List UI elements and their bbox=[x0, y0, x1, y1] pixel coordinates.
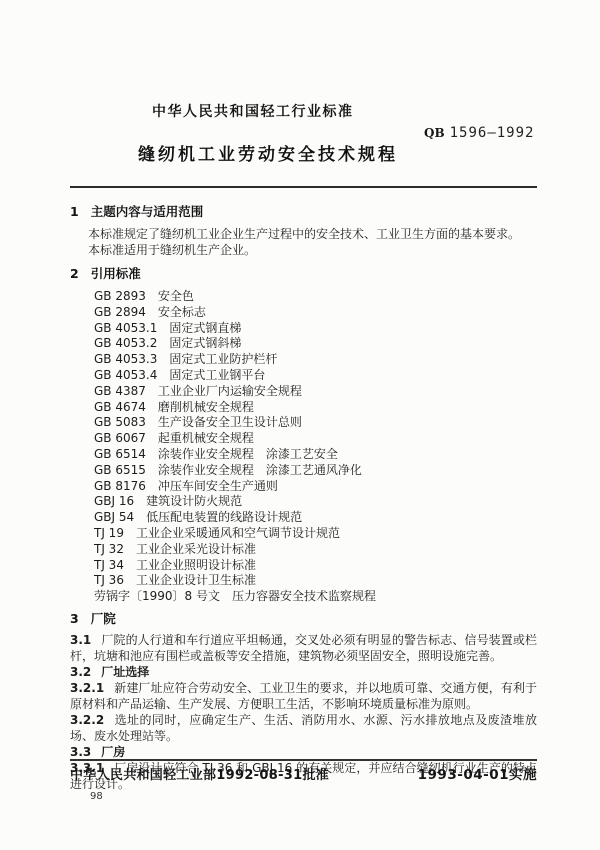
clause-number: 3.2 bbox=[70, 665, 91, 679]
reference-title: 固定式钢斜梯 bbox=[169, 336, 241, 350]
standard-code-number: 1596—1992 bbox=[450, 125, 535, 141]
header-divider bbox=[70, 186, 537, 188]
reference-item: GB 4053.3固定式工业防护栏杆 bbox=[94, 352, 537, 368]
reference-title: 生产设备安全卫生设计总则 bbox=[158, 415, 302, 429]
standard-code-prefix: QB bbox=[424, 126, 445, 140]
reference-item: GBJ 16建筑设计防火规范 bbox=[94, 494, 537, 510]
clause-text: 厂房 bbox=[101, 745, 125, 759]
reference-title: 工业企业采光设计标准 bbox=[136, 542, 256, 556]
reference-code: 劳锅字〔1990〕8 号文 bbox=[94, 589, 220, 605]
reference-code: GB 2893 bbox=[94, 289, 146, 305]
reference-code: TJ 19 bbox=[94, 526, 124, 542]
clause-text: 选址的同时，应确定生产、生活、消防用水、水源、污水排放地点及废渣堆放场、废水处理… bbox=[70, 713, 537, 743]
document-body: 1主题内容与适用范围 本标准规定了缝纫机工业企业生产过程中的安全技术、工业卫生方… bbox=[70, 196, 537, 792]
reference-code: GBJ 54 bbox=[94, 510, 134, 526]
standard-code: QB1596—1992 bbox=[424, 122, 534, 141]
clause-number: 3.1 bbox=[70, 633, 91, 647]
reference-item: GBJ 54低压配电装置的线路设计规范 bbox=[94, 510, 537, 526]
clause-number: 3.3 bbox=[70, 745, 91, 759]
reference-code: GB 4674 bbox=[94, 400, 146, 416]
clause-item: 3.1厂院的人行道和车行道应平坦畅通，交叉处必须有明显的警告标志、信号装置或栏杆… bbox=[70, 632, 537, 664]
reference-item: GB 4053.1固定式钢直梯 bbox=[94, 321, 537, 337]
reference-code: GBJ 16 bbox=[94, 494, 134, 510]
reference-item: TJ 32工业企业采光设计标准 bbox=[94, 542, 537, 558]
section-1-paragraphs: 本标准规定了缝纫机工业企业生产过程中的安全技术、工业卫生方面的基本要求。 本标准… bbox=[70, 226, 537, 258]
reference-item: GB 6514涂装作业安全规程 涂漆工艺安全 bbox=[94, 447, 537, 463]
clause-subheading: 3.3厂房 bbox=[70, 744, 537, 760]
reference-code: TJ 36 bbox=[94, 573, 124, 589]
reference-title: 涂装作业安全规程 涂漆工艺通风净化 bbox=[158, 463, 362, 477]
reference-item: 劳锅字〔1990〕8 号文压力容器安全技术监察规程 bbox=[94, 589, 537, 605]
reference-item: GB 4053.2固定式钢斜梯 bbox=[94, 336, 537, 352]
reference-title: 磨削机械安全规程 bbox=[158, 400, 254, 414]
clause-subheading: 3.2厂址选择 bbox=[70, 664, 537, 680]
section-2-title: 引用标准 bbox=[91, 266, 141, 281]
reference-title: 工业企业设计卫生标准 bbox=[136, 573, 256, 587]
reference-item: GB 6067起重机械安全规程 bbox=[94, 431, 537, 447]
clause-text: 厂址选择 bbox=[101, 665, 149, 679]
reference-title: 建筑设计防火规范 bbox=[146, 494, 242, 508]
footer-divider bbox=[70, 759, 537, 761]
reference-code: GB 4053.3 bbox=[94, 352, 157, 368]
clause-text: 新建厂址应符合劳动安全、工业卫生的要求，并以地质可靠、交通方便，有利于原材料和产… bbox=[70, 681, 537, 711]
reference-title: 压力容器安全技术监察规程 bbox=[232, 589, 376, 603]
clause-item: 3.2.2选址的同时，应确定生产、生活、消防用水、水源、污水排放地点及废渣堆放场… bbox=[70, 712, 537, 744]
reference-item: GB 2894安全标志 bbox=[94, 305, 537, 321]
reference-item: GB 4053.4固定式工业钢平台 bbox=[94, 368, 537, 384]
reference-item: TJ 36工业企业设计卫生标准 bbox=[94, 573, 537, 589]
reference-title: 固定式钢直梯 bbox=[169, 321, 241, 335]
reference-title: 工业企业照明设计标准 bbox=[136, 558, 256, 572]
section-3-heading: 3厂院 bbox=[70, 611, 537, 626]
reference-code: GB 8176 bbox=[94, 479, 146, 495]
reference-title: 涂装作业安全规程 涂漆工艺安全 bbox=[158, 447, 338, 461]
section-1-number: 1 bbox=[70, 204, 79, 219]
reference-code: GB 6515 bbox=[94, 463, 146, 479]
section-1-title: 主题内容与适用范围 bbox=[91, 204, 204, 219]
referenced-standards-list: GB 2893安全色 GB 2894安全标志 GB 4053.1固定式钢直梯 G… bbox=[70, 289, 537, 605]
clause-number: 3.2.2 bbox=[70, 713, 104, 727]
clause-text: 厂院的人行道和车行道应平坦畅通，交叉处必须有明显的警告标志、信号装置或栏杆，坑塘… bbox=[70, 633, 537, 663]
reference-title: 工业企业采暖通风和空气调节设计规范 bbox=[136, 526, 340, 540]
reference-code: GB 4053.1 bbox=[94, 321, 157, 337]
clause-number: 3.2.1 bbox=[70, 681, 104, 695]
reference-title: 固定式工业防护栏杆 bbox=[169, 352, 277, 366]
standard-category: 中华人民共和国轻工行业标准 bbox=[152, 101, 354, 121]
reference-item: GB 4674磨削机械安全规程 bbox=[94, 400, 537, 416]
section-2-number: 2 bbox=[70, 266, 79, 281]
reference-code: GB 5083 bbox=[94, 415, 146, 431]
reference-title: 工业企业厂内运输安全规程 bbox=[158, 384, 302, 398]
scope-paragraph: 本标准适用于缝纫机生产企业。 bbox=[70, 242, 537, 258]
footer: 中华人民共和国轻工业部1992-08-31批准 1993-04-01实施 bbox=[70, 763, 537, 783]
reference-item: GB 8176冲压车间安全生产通则 bbox=[94, 479, 537, 495]
reference-item: TJ 19工业企业采暖通风和空气调节设计规范 bbox=[94, 526, 537, 542]
reference-code: GB 6067 bbox=[94, 431, 146, 447]
reference-item: TJ 34工业企业照明设计标准 bbox=[94, 558, 537, 574]
reference-code: GB 4387 bbox=[94, 384, 146, 400]
standard-document-page: 中华人民共和国轻工行业标准 QB1596—1992 缝纫机工业劳动安全技术规程 … bbox=[0, 0, 600, 850]
reference-item: GB 4387工业企业厂内运输安全规程 bbox=[94, 384, 537, 400]
implementation-date: 1993-04-01实施 bbox=[418, 763, 537, 783]
reference-code: TJ 32 bbox=[94, 542, 124, 558]
page-number: 98 bbox=[90, 791, 103, 802]
reference-title: 冲压车间安全生产通则 bbox=[158, 479, 278, 493]
reference-title: 安全色 bbox=[158, 289, 194, 303]
reference-code: GB 4053.4 bbox=[94, 368, 157, 384]
reference-item: GB 2893安全色 bbox=[94, 289, 537, 305]
section-1-heading: 1主题内容与适用范围 bbox=[70, 204, 537, 219]
section-3-title: 厂院 bbox=[91, 611, 116, 626]
reference-code: GB 4053.2 bbox=[94, 336, 157, 352]
reference-title: 起重机械安全规程 bbox=[158, 431, 254, 445]
scope-paragraph: 本标准规定了缝纫机工业企业生产过程中的安全技术、工业卫生方面的基本要求。 bbox=[70, 226, 537, 242]
section-2-heading: 2引用标准 bbox=[70, 266, 537, 281]
document-title: 缝纫机工业劳动安全技术规程 bbox=[138, 140, 398, 165]
reference-title: 低压配电装置的线路设计规范 bbox=[146, 510, 302, 524]
clause-item: 3.2.1新建厂址应符合劳动安全、工业卫生的要求，并以地质可靠、交通方便，有利于… bbox=[70, 680, 537, 712]
reference-code: GB 2894 bbox=[94, 305, 146, 321]
reference-code: GB 6514 bbox=[94, 447, 146, 463]
reference-title: 安全标志 bbox=[158, 305, 206, 319]
approval-note: 中华人民共和国轻工业部1992-08-31批准 bbox=[70, 764, 329, 783]
reference-title: 固定式工业钢平台 bbox=[169, 368, 265, 382]
section-3-number: 3 bbox=[70, 611, 79, 626]
reference-item: GB 6515涂装作业安全规程 涂漆工艺通风净化 bbox=[94, 463, 537, 479]
reference-item: GB 5083生产设备安全卫生设计总则 bbox=[94, 415, 537, 431]
reference-code: TJ 34 bbox=[94, 558, 124, 574]
